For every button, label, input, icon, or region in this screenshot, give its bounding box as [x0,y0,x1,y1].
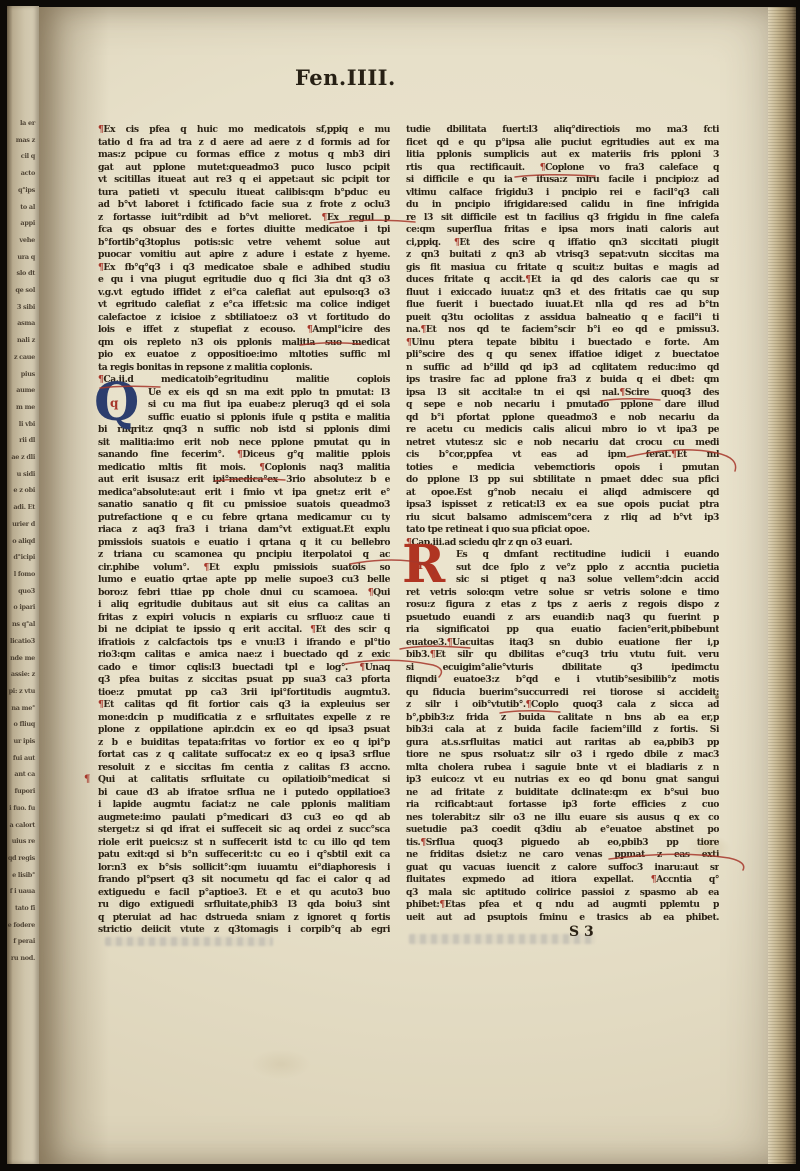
text-line: ¶Et calitas qd fit fortior cais q3 ia ex… [98,699,390,712]
margin-fragment: o ipari [13,604,37,611]
text-line: riu sicut balsamo admiscem°cera z rliq a… [406,512,719,525]
text-line: ta regis bonitas in repsone z malitia co… [98,362,390,375]
text-line: guat qu vacuas iuencit z calore suffoc3 … [406,862,719,875]
text-line: vt scitillas itueat aut re3 q ei appet:a… [98,174,390,187]
text-line: q3 pfea buitas z siccitas psuat pp sua3 … [98,674,390,687]
margin-fragment: d°icipi [13,554,37,561]
text-line: ueit aut ad psuptois fminu e trasics ab … [406,912,719,925]
margin-fragment: fupori [15,788,38,795]
text-line: ipsa l3 sit accital:e tn ei qsi nal.¶Sci… [406,387,719,400]
text-line: tura patieti vt speculu itueat calibis:q… [98,187,390,200]
drop-cap-q: Qq [94,377,139,429]
margin-fragment: e fodere [8,922,37,929]
text-line: ¶Ca.ii.d medicatoib°egritudinu malitie c… [98,374,390,387]
text-line: tudie dbilitata fuert:l3 aliq°directiois… [406,124,719,137]
text-line: qm ois repleto n3 ois pplonis malitia su… [98,337,390,350]
margin-fragment: z caue [14,354,37,361]
margin-fragment: slo dt [17,270,37,277]
text-line: flue fuerit i buectado iuuat.Et nlla qd … [406,299,719,312]
margin-fragment: na me° [11,705,37,712]
ink-speck [625,817,628,820]
text-line: ru digo extiguedi srfluitate,phib3 l3 qd… [98,899,390,912]
text-line: si difficile e qu ia e ifusa:z mlru faci… [406,174,719,187]
pilcrow-mark: ¶ [98,699,103,710]
text-line: fritas z expiri volucis n expiaris cu sr… [98,612,390,625]
margin-fragment: ns q°al [12,621,37,628]
text-line: Ue ex eis qd sn ma exit pplo tn pmutat: … [98,387,390,400]
margin-fragment: rii dl [19,437,37,444]
text-line: rosu:z figura z etas z tps z aeris z reg… [406,599,719,612]
text-line: sterget:z si qd ifrat ei suffeceit sic a… [98,824,390,837]
margin-fragment: ae z dli [11,454,37,461]
pilcrow-mark: ¶ [447,637,452,648]
text-line: fluitates expmedo ad itiora expellat. ¶A… [406,874,719,887]
text-line: z fortasse iuit°rdibit ad b°vt melioret.… [98,212,390,225]
text-line: ¶Cap.iii.ad sciedu qlr z qn o3 euari. [406,537,719,550]
text-line: suffic euatio si pplonis ifule q pstita … [98,412,390,425]
margin-fragment: e lisib° [12,872,37,879]
text-line: z b e buiditas tepata:fritas vo fortior … [98,737,390,750]
margin-fragment: q°ips [18,187,37,194]
margin-fragment: aume [16,387,37,394]
text-column-left: ¶Ex cis pfea q huic mo medicatois sf,ppi… [98,124,390,937]
guide-letter: r [418,559,424,571]
quire-signature: S 3 [569,925,594,939]
pilcrow-mark: ¶ [359,662,364,673]
text-line: mas:z pcipue cu formas effice z motus q … [98,149,390,162]
margin-fragment: to al [20,204,37,211]
text-line: suetudie pa3 coedit q3diu ab e°euatoe ab… [406,824,719,837]
text-line: fca qs obsuar des e fortes diuitte medic… [98,224,390,237]
text-line: b°,pbib3:z frida z buida calitate n bns … [406,712,719,725]
text-line: gura at.s.srfluitas matici aut raritas a… [406,737,719,750]
text-line: sic si ptiget q na3 solue vellem°:dcin a… [406,574,719,587]
margin-fragment: mas z [16,137,37,144]
text-line: rtis qua rectificauit. ¶Coplone vo fra3 … [406,162,719,175]
pilcrow-mark: ¶ [259,462,264,473]
text-line: i aliq egritudie dubitaus aut sit eius c… [98,599,390,612]
paper-stain [251,1049,311,1079]
pilcrow-mark: ¶ [307,324,312,335]
text-line: litia pplonis sumplicis aut ex materiis … [406,149,719,162]
text-line: psuetudo euandi z ars euandi:b naq3 qu f… [406,612,719,625]
text-line: mlta cholera rubea i saguie bnte vt ei b… [406,762,719,775]
previous-page-text-fragments: la ermas zcil qactoq°ipsto alappiveheura… [7,120,37,962]
pilcrow-mark: ¶ [540,162,545,173]
text-line: i lapide augmtu faciat:z ne cale pplonis… [98,799,390,812]
pilcrow-mark: ¶ [430,649,435,660]
text-line: patu exit:qd si b°n suffecerit:tc cu eo … [98,849,390,862]
margin-fragment: acto [21,170,37,177]
text-line: netret vtutes:z sic e nob necariu dat cr… [406,437,719,450]
text-line: ipsa3 ispisset z reticat:l3 ex ea sue op… [406,499,719,512]
margin-fragment: i fuo. fu [9,805,37,812]
pilcrow-mark: ¶ [204,562,209,573]
pilcrow-mark: ¶ [98,262,103,273]
margin-fragment: l fomo [14,571,37,578]
text-line: plone z oppilatione apir.dcin ex eo qd i… [98,724,390,737]
text-line: boro:z febri ttiae pp chole dnui cu scam… [98,587,390,600]
text-line: lumo e euatio qrtae apte pp melie supoe3… [98,574,390,587]
text-line: pio ex euatoe z oppositioe:imo mltoties … [98,349,390,362]
margin-fragment: m me [16,404,37,411]
pilcrow-mark: ¶ [454,237,459,248]
text-line: sit malitia:imo erit nob nece pplone pmu… [98,437,390,450]
guide-letter: q [110,397,118,409]
text-line: na.¶Et nos qd te faciem°scir b°i eo qd e… [406,324,719,337]
text-line: medica°absolute:aut erit i fmio vt ipa g… [98,487,390,500]
margin-fragment: o fliuq [13,721,37,728]
text-line: lois e iffet z stupefiat z ecouso. ¶Ampl… [98,324,390,337]
pilcrow-mark: ¶ [671,449,676,460]
pilcrow-mark: ¶ [98,124,103,135]
text-line: duces fritate q accit.¶Et ia qd des calo… [406,274,719,287]
margin-fragment: pi: z vtu [9,688,37,695]
margin-fragment: assie: z [11,671,37,678]
pilcrow-mark: ¶ [406,337,411,348]
text-line: frando pl°psert q3 sit nocumetu qd fac e… [98,874,390,887]
margin-fragment: vehe [19,237,37,244]
text-line: mone:dcin p mudificatia z e srfluitates … [98,712,390,725]
text-line: ad b°vt laboret i fctificado facie sua z… [98,199,390,212]
margin-fragment: u sidi [17,471,37,478]
margin-fragment: nde me [10,655,37,662]
show-through-ghost-left [105,937,273,946]
text-line: rio3:qm calitas e amica nae:z i buectado… [98,649,390,662]
pilcrow-mark: ¶ [651,874,656,885]
margin-fragment: tato fi [15,905,37,912]
text-line: gis fit masiua cu fritate q scuit:z buit… [406,262,719,275]
text-line: pueit q3tu ociolitas z assidua balneatio… [406,312,719,325]
text-line: ne ad fritate z buiditate dclinate:qm ex… [406,787,719,800]
pilcrow-mark: ¶ [525,274,530,285]
margin-fragment: 3 sibi [17,304,37,311]
text-line: gat aut pplone mutet:queadmo3 puco lusco… [98,162,390,175]
text-line: riaca z aq3 fra3 i triana dam°vt extigua… [98,524,390,537]
text-line: bib3.¶Et silr qu dbilitas e°cuq3 triu vt… [406,649,719,662]
previous-page-edge: la ermas zcil qactoq°ipsto alappiveheura… [7,6,39,1164]
text-line: ce:qm superflua fritas e ipsa mors inati… [406,224,719,237]
book-photograph: la ermas zcil qactoq°ipsto alappiveheura… [0,0,800,1171]
text-line: ne friditas dsiet:z ne caro venas ppmat … [406,849,719,862]
text-line: strictio deiicit vtute z q3tomagis i cor… [98,924,390,937]
text-line: tatio d fra ad tra z d aere ad aere z d … [98,137,390,150]
text-line: tis.¶Srflua quoq3 piguedo ab eo,pbib3 pp… [406,837,719,850]
text-line: q3 mala sic aptitudo colirice passioi z … [406,887,719,900]
margin-fragment: a calort [10,822,37,829]
text-line: du in pncipio ifrigidare:sed calidu in f… [406,199,719,212]
pilcrow-mark: ¶ [420,837,425,848]
text-line: vltimu calface frigidu3 i pncipio rei e … [406,187,719,200]
text-line: tiore ne spus rsoluat:z silr o3 i rgedo … [406,749,719,762]
text-line: toties e medicia vebemctioris opois i pm… [406,462,719,475]
text-line: cir.phibe volum°. ¶Et explu pmissiois su… [98,562,390,575]
margin-fragment: appi [20,220,37,227]
margin-fragment: asma [17,320,37,327]
text-line: qd b°i pfortat pplone queadmo3 e nob nec… [406,412,719,425]
drop-cap-r: Rr [402,539,445,591]
margin-fragment: ant ca [14,771,37,778]
text-line: ¶Uinu ptera tepate bibitu i buectado e f… [406,337,719,350]
text-line: ifratiois z calcfactois tps e vnu:l3 i i… [98,637,390,650]
text-line: phibet:¶Etas pfea et q ndu ad augmti ppl… [406,899,719,912]
text-line: cis b°cor,ppfea vt eas ad ipm ferat.¶Et … [406,449,719,462]
text-line: pmissiois suatois e euatio i qrtana q it… [98,537,390,550]
margin-fragment: f i uaua [10,888,37,895]
text-line: cado e timor cqlis:l3 buectadi tpl e log… [98,662,390,675]
text-line: vt egritudo calefiat z e°ca iffet:sic ma… [98,299,390,312]
text-line: lor:n3 ex b°sis sollicit°:qm iuuamtu ei°… [98,862,390,875]
text-line: augmete:imo paulati p°medicari d3 cu3 eo… [98,812,390,825]
text-line: putrefactione q e cu febre qrtana medica… [98,512,390,525]
text-line: do pplone l3 pp sui sbtilitate n pmaet d… [406,474,719,487]
text-line: qu fiducia buerim°succurredi rei tiorose… [406,687,719,700]
show-through-ghost-right [409,934,595,944]
text-line: ria rcificabt:aut fortasse ip3 forte eff… [406,799,719,812]
margin-fragment: ura q [17,254,37,261]
margin-fragment: pius [21,371,37,378]
pilcrow-mark: ¶ [439,899,444,910]
margin-fragment: cil q [21,153,37,160]
margin-fragment: fui aut [13,755,37,762]
text-column-right: tudie dbilitata fuert:l3 aliq°directiois… [406,124,719,924]
text-line: e qu i vna piugut egritudie duo q fici 3… [98,274,390,287]
text-line: si ecuigim°alie°vturis dbilitate q3 iped… [406,662,719,675]
margin-fragment: e z obi [13,487,37,494]
pilcrow-mark: ¶ [310,624,315,635]
text-line: pli°scire des q qu senex iffatioe idiget… [406,349,719,362]
text-line: ¶Ex fb°q°q3 i q3 medicatoe sbale e adhib… [98,262,390,275]
text-line: si cu ma fiut ipa euabe:z pleruq3 qd ei … [98,399,390,412]
margin-fragment: o aliqd [12,538,37,545]
text-line: medicatio mltis fit mois. ¶Coplonis naq3… [98,462,390,475]
book-page: Fen.IIII. ¶Ex cis pfea q huic mo medicat… [39,7,768,1164]
text-line: Es q dmfant rectitudine iudicii i euando [406,549,719,562]
text-line: sut dce fplo z ve°z pplo z accntia pucie… [406,562,719,575]
text-line: tioe:z pmutat pp ca3 3rii ipi°fortitudis… [98,687,390,700]
pilcrow-mark: ¶ [420,324,425,335]
text-line: euatoe3.¶Uacuitas itaq3 sn dubio euation… [406,637,719,650]
text-line: bi ne dcipiat te ipssio q erit accital. … [98,624,390,637]
pilcrow-mark: ¶ [526,699,531,710]
text-line: at opoe.Est g°nob necaiu ei aliqd admisc… [406,487,719,500]
text-line: ¶Ex cis pfea q huic mo medicatois sf,ppi… [98,124,390,137]
pilcrow-mark: ¶ [368,587,373,598]
text-line: puocar vomitiu aut apire z adure i estat… [98,249,390,262]
text-line: Qui at calitatis srfluitate cu opilatioi… [98,774,390,787]
margin-fragment: adi. Et [13,504,37,511]
text-line: calefactoe z icisioe z sbtiliatoe:z o3 v… [98,312,390,325]
margin-fragment: qe sol [15,287,37,294]
text-line: fortat cas z q calitate suffocat:z ex eo… [98,749,390,762]
margin-fragment: ur ipis [14,738,37,745]
text-line: sanando fine fecerim°. ¶Diceus g°q malit… [98,449,390,462]
paper-stain [687,835,731,861]
text-line: z silr i oib°vtutib°.¶Coplo quoq3 cala z… [406,699,719,712]
text-line: b°fortib°q3toplus potis:sic vetre vehemt… [98,237,390,250]
text-line: z qn3 buitati z qn3 ab vtrisq3 sepat:vut… [406,249,719,262]
text-line: q sepe e nob necariu i pmutado pplone da… [406,399,719,412]
text-line: fliqndi euatoe3:z b°qd e i vtutib°sesibi… [406,674,719,687]
margin-fragment: la er [20,120,37,127]
text-line: ci,ppiq. ¶Et des scire q iffatio qn3 sic… [406,237,719,250]
margin-fragment: ru nod. [11,955,37,962]
pilcrow-mark: ¶ [619,387,624,398]
text-line: z triana cu scamonea qu pncipiu iterpola… [98,549,390,562]
text-line: v.g.vt egtudo iffidet z ei°ca calefiat a… [98,287,390,300]
margin-fragment: quo3 [18,588,37,595]
pilcrow-mark: ¶ [321,212,326,223]
pilcrow-mark: ¶ [237,449,242,460]
margin-fragment: qd regis [8,855,37,862]
text-line: n suffic ad b°illd qd ip3 ad cqlitatem r… [406,362,719,375]
page-header-fen-numeral: Fen.IIII. [295,67,396,88]
margin-fragment: f perai [13,938,37,945]
text-line: resoluit z e siccitas fm centia z calita… [98,762,390,775]
margin-fragment: uius re [12,838,37,845]
text-line: q pteruiat ad hac dstrueda sniam z ignor… [98,912,390,925]
text-line: ria significatoi pp qua euatio facien°er… [406,624,719,637]
text-line: bib3:i cala at z buida facile faciem°ill… [406,724,719,737]
text-line: bi caue d3 ab ifratoe srflua ne i putedo… [98,787,390,800]
text-line: extiguedu e facil p°aptioe3. Et e et qu … [98,887,390,900]
text-line: nes tolerabit:z silr o3 ne illu euare si… [406,812,719,825]
text-line: ips trasire fac ad pplone fra3 z buida q… [406,374,719,387]
margin-fragment: licatio3 [10,638,37,645]
fore-edge-page-stack [768,7,796,1164]
text-line: aut erit isusa:z erit ipi°medica°ex 3rio… [98,474,390,487]
margin-fragment: urier d [12,521,37,528]
text-line: bi rliqrit:z qnq3 n suffic nob istd si p… [98,424,390,437]
margin-fragment: nali z [17,337,37,344]
ink-speck [715,695,719,699]
text-line: fluut i exiccado iuuat:z qn3 et des frit… [406,287,719,300]
margin-pilcrow: ¶ [84,775,90,785]
text-line: re acetu cu medicis calis alicui mbro io… [406,424,719,437]
text-line: tato tpe retineat i quo sua pficiat opoe… [406,524,719,537]
text-line: riole erit pueics:z st n suffecerit istd… [98,837,390,850]
text-line: sanatio sanatio q fit cu pmissioe suatoi… [98,499,390,512]
text-line: ret vetris solo:qm vetre solue sr vetris… [406,587,719,600]
margin-fragment: li vbi [19,421,37,428]
text-line: ficet qd e qu p°ipsa alie puciut egritud… [406,137,719,150]
text-line: ip3 euico:z vt eu nutrias ex eo qd bonu … [406,774,719,787]
text-line: re l3 sit difficile est tn facilius q3 f… [406,212,719,225]
